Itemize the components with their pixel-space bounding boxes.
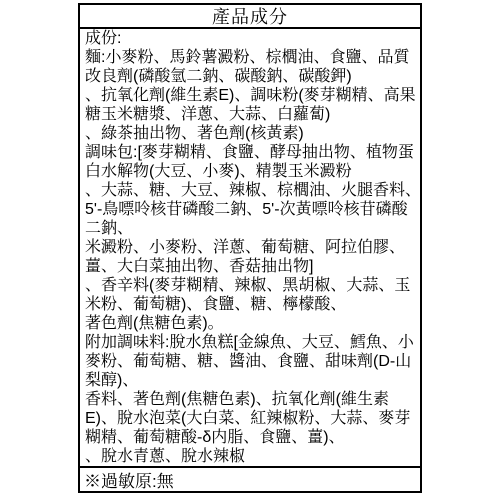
- ingredient-line: 糖玉米糖漿、洋蔥、大蒜、白蘿蔔): [85, 105, 417, 124]
- ingredient-line: 、抗氧化劑(維生素E)、調味粉(麥芽糊精、高果: [85, 86, 417, 105]
- ingredient-line: 附加調味料:脫水魚糕[金線魚、大豆、鱈魚、小: [85, 333, 417, 352]
- ingredient-label-screenshot: 產品成分 成份: 麵:小麥粉、馬鈴薯澱粉、棕櫚油、食鹽、品質 改良劑(磷酸氫二鈉…: [0, 0, 500, 500]
- ingredient-line: 米粉、葡萄糖)、食鹽、糖、檸檬酸、: [85, 295, 417, 314]
- ingredient-line: 香料、著色劑(焦糖色素)、抗氧化劑(維生素: [85, 390, 417, 409]
- ingredient-line: 改良劑(磷酸氫二鈉、碳酸鈉、碳酸鉀): [85, 67, 417, 86]
- ingredient-line: 白水解物(大豆、小麥)、精製玉米澱粉: [85, 162, 417, 181]
- ingredient-line: 、脫水青蔥、脫水辣椒: [85, 447, 417, 466]
- ingredient-line: 米澱粉、小麥粉、洋蔥、葡萄糖、阿拉伯膠、: [85, 238, 417, 257]
- ingredient-line: 、大蒜、糖、大豆、辣椒、棕櫚油、火腿香料、: [85, 181, 417, 200]
- ingredient-line: 梨醇)、: [85, 371, 417, 390]
- panel-title: 產品成分: [80, 5, 420, 29]
- ingredient-line: 5'-鳥嘌呤核苷磷酸二鈉、5'-次黃嘌呤核苷磷酸: [85, 200, 417, 219]
- ingredient-line: 薑、大白菜抽出物、香菇抽出物]: [85, 257, 417, 276]
- ingredients-label-line: 成份:: [85, 29, 417, 48]
- product-ingredients-table: 產品成分 成份: 麵:小麥粉、馬鈴薯澱粉、棕櫚油、食鹽、品質 改良劑(磷酸氫二鈉…: [78, 3, 422, 493]
- allergen-note: ※過敏原:無: [80, 466, 420, 491]
- ingredient-line: 糊精、葡萄糖酸-δ内脂、食鹽、薑)、: [85, 428, 417, 447]
- ingredient-line: 著色劑(焦糖色素)。: [85, 314, 417, 333]
- ingredient-line: 二鈉、: [85, 219, 417, 238]
- ingredient-line: 、綠茶抽出物、著色劑(核黃素): [85, 124, 417, 143]
- ingredient-line: 、香辛料(麥芽糊精、辣椒、黑胡椒、大蒜、玉: [85, 276, 417, 295]
- ingredient-line: 調味包:[麥芽糊精、食鹽、酵母抽出物、植物蛋: [85, 143, 417, 162]
- ingredient-line: E)、脫水泡菜(大白菜、紅辣椒粉、大蒜、麥芽: [85, 409, 417, 428]
- ingredient-line: 麵:小麥粉、馬鈴薯澱粉、棕櫚油、食鹽、品質: [85, 48, 417, 67]
- ingredients-body: 成份: 麵:小麥粉、馬鈴薯澱粉、棕櫚油、食鹽、品質 改良劑(磷酸氫二鈉、碳酸鈉、…: [80, 29, 420, 466]
- ingredient-line: 麥粉、葡萄糖、糖、醬油、食鹽、甜味劑(D-山: [85, 352, 417, 371]
